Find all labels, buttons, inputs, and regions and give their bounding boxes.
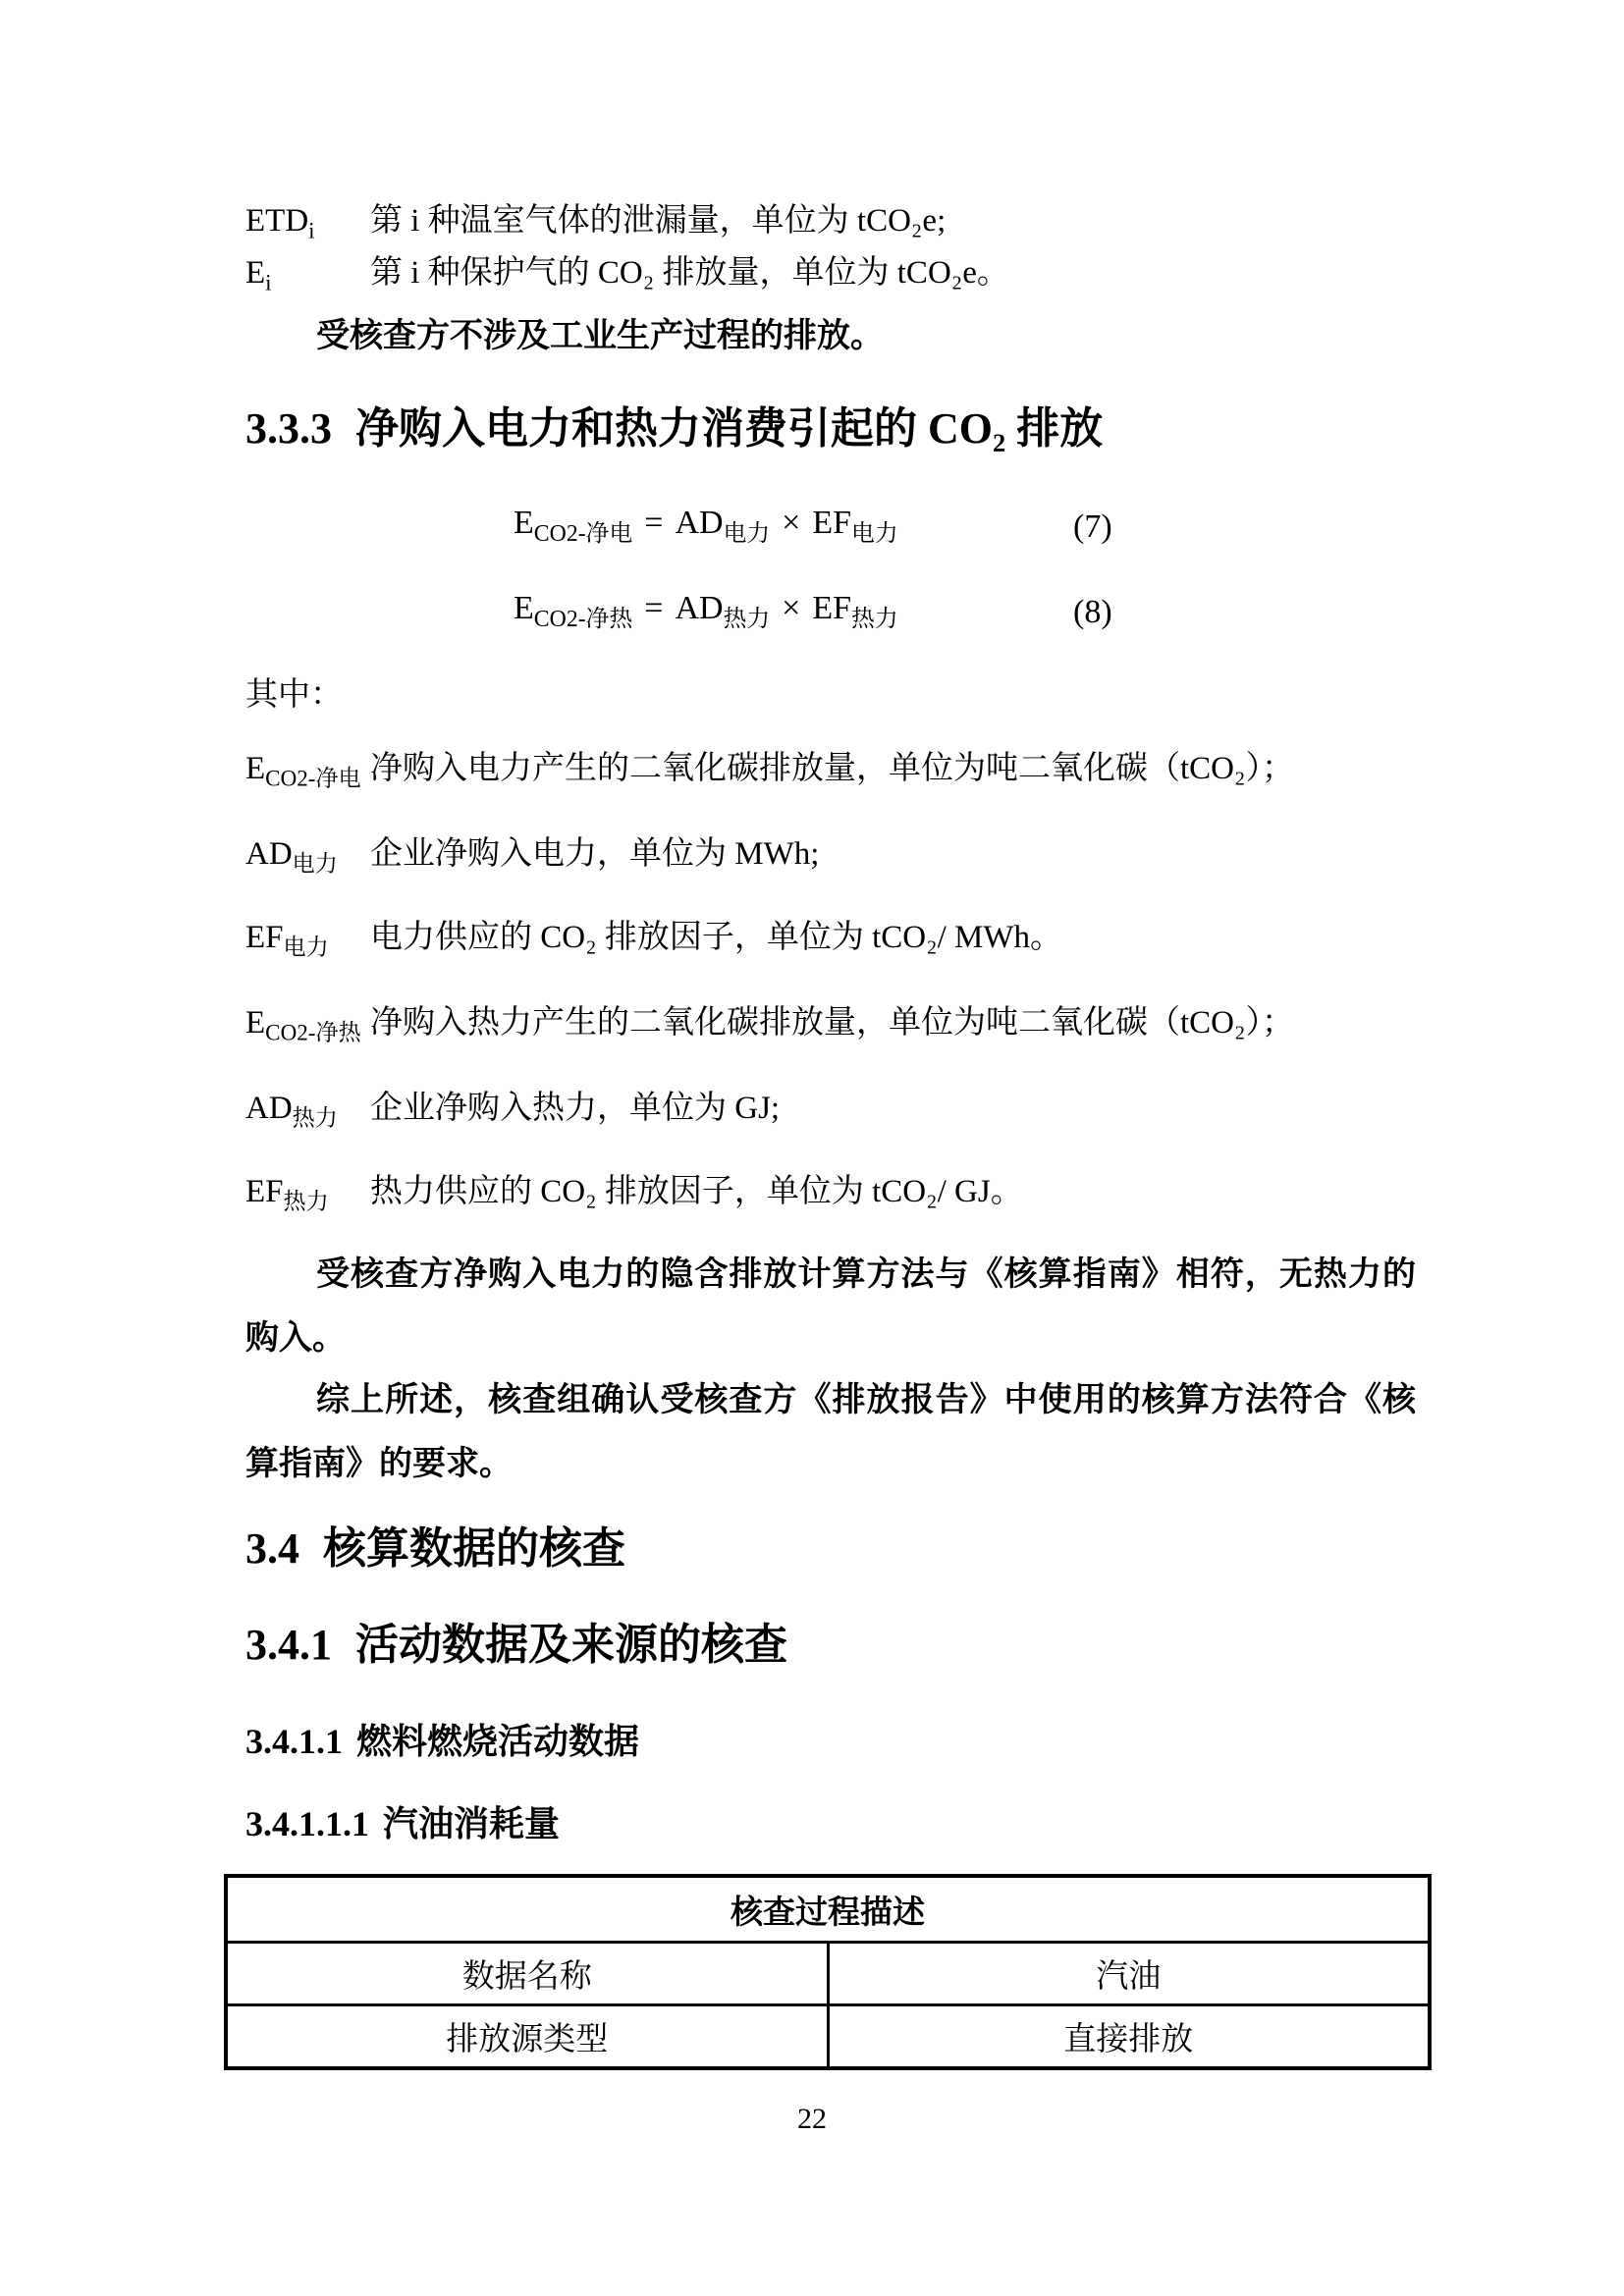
term-base: E: [245, 255, 265, 291]
variable-definition-row: ECO2-净热净购入热力产生的二氧化碳排放量，单位为吨二氧化碳（tCO₂）；: [245, 999, 1294, 1056]
variable-term: ECO2-净热: [245, 999, 370, 1056]
term-base: EF: [245, 920, 284, 955]
row-value: 汽油: [828, 1943, 1430, 2005]
table-title-row: 核查过程描述: [226, 1876, 1430, 1943]
formula-lhs-base: E: [514, 590, 534, 626]
variable-definition-row: AD电力企业净购入电力，单位为 MWh;: [245, 830, 819, 887]
multiply-sign: ×: [782, 505, 800, 541]
formula-7-expression: ECO2-净电=AD电力×EF电力: [514, 505, 898, 548]
formula-7-number: (7): [1073, 508, 1112, 546]
definition-text: 净购入电力产生的二氧化碳排放量，单位为吨二氧化碳（tCO₂）；: [370, 751, 1294, 786]
section-number: 3.4.1: [245, 1621, 332, 1669]
section-heading-3-4-1: 3.4.1活动数据及来源的核查: [245, 1618, 787, 1673]
document-page: ETDi第 i 种温室气体的泄漏量，单位为 tCO₂e; Ei第 i 种保护气的…: [0, 0, 1624, 2296]
table-row: 数据名称 汽油: [226, 1943, 1430, 2005]
formula-term1-base: AD: [675, 590, 723, 626]
where-label: 其中：: [245, 671, 343, 719]
term-subscript: i: [265, 270, 271, 295]
page-number: 22: [0, 2103, 1624, 2136]
variable-term: AD电力: [245, 830, 370, 887]
section-number: 3.4: [245, 1524, 299, 1573]
formula-lhs-subscript: CO2-净电: [534, 521, 632, 547]
term-subscript: i: [308, 218, 314, 243]
ghg-definition-row-ei: Ei第 i 种保护气的 CO₂ 排放量，单位为 tCO₂e。: [245, 249, 1009, 306]
paragraph-electricity-method: 受核查方净购入电力的隐含排放计算方法与《核算指南》相符，无热力的购入。: [245, 1243, 1416, 1370]
section-heading-3-4-1-1: 3.4.1.1燃料燃烧活动数据: [245, 1718, 639, 1765]
definition-text: 第 i 种保护气的 CO₂ 排放量，单位为 tCO₂e。: [370, 255, 1009, 291]
term-base: AD: [245, 836, 293, 872]
section-heading-3-4-1-1-1: 3.4.1.1.1汽油消耗量: [245, 1800, 560, 1847]
variable-definition-row: EF热力热力供应的 CO₂ 排放因子，单位为 tCO₂/ GJ。: [245, 1168, 1023, 1225]
term-subscript: 热力: [293, 1105, 338, 1131]
variable-definition-row: ECO2-净电净购入电力产生的二氧化碳排放量，单位为吨二氧化碳（tCO₂）；: [245, 745, 1294, 802]
definition-text: 电力供应的 CO₂ 排放因子，单位为 tCO₂/ MWh。: [370, 920, 1062, 955]
term-subscript: 热力: [284, 1189, 329, 1214]
paragraph-no-industrial-process: 受核查方不涉及工业生产过程的排放。: [245, 304, 1416, 368]
section-title: 汽油消耗量: [383, 1804, 560, 1843]
formula-8-row: ECO2-净热=AD热力×EF热力 (8): [0, 590, 1624, 655]
definition-text: 热力供应的 CO₂ 排放因子，单位为 tCO₂/ GJ。: [370, 1174, 1023, 1209]
formula-term2-base: EF: [812, 590, 851, 626]
section-title: 燃料燃烧活动数据: [356, 1722, 639, 1761]
definition-text: 净购入热力产生的二氧化碳排放量，单位为吨二氧化碳（tCO₂）；: [370, 1005, 1294, 1041]
term-subscript: 电力: [293, 851, 338, 877]
section-title: 净购入电力和热力消费引起的 CO₂ 排放: [355, 404, 1103, 453]
term-subscript: CO2-净电: [265, 766, 361, 791]
formula-8-number: (8): [1073, 594, 1112, 631]
section-heading-3-3-3: 3.3.3净购入电力和热力消费引起的 CO₂ 排放: [245, 401, 1103, 456]
multiply-sign: ×: [782, 590, 800, 626]
formula-8-expression: ECO2-净热=AD热力×EF热力: [514, 590, 898, 633]
ghg-definition-row-etd: ETDi第 i 种温室气体的泄漏量，单位为 tCO₂e;: [245, 197, 946, 254]
table-title: 核查过程描述: [226, 1876, 1430, 1943]
variable-definition-row: AD热力企业净购入热力，单位为 GJ;: [245, 1085, 780, 1142]
formula-term2-subscript: 热力: [851, 607, 898, 632]
verification-process-table: 核查过程描述 数据名称 汽油 排放源类型 直接排放: [224, 1874, 1432, 2070]
definition-text: 第 i 种温室气体的泄漏量，单位为 tCO₂e;: [370, 203, 946, 239]
term-subscript: CO2-净热: [265, 1020, 361, 1045]
definition-text: 企业净购入热力，单位为 GJ;: [370, 1091, 780, 1126]
formula-term1-subscript: 电力: [724, 521, 771, 547]
section-title: 核算数据的核查: [323, 1524, 625, 1573]
variable-definition-row: EF电力电力供应的 CO₂ 排放因子，单位为 tCO₂/ MWh。: [245, 914, 1062, 971]
variable-term: ETDi: [245, 197, 370, 254]
formula-term2-base: EF: [812, 505, 851, 541]
term-base: E: [245, 751, 265, 786]
formula-lhs-subscript: CO2-净热: [534, 607, 632, 632]
variable-term: AD热力: [245, 1085, 370, 1142]
formula-lhs-base: E: [514, 505, 534, 541]
equals-sign: =: [644, 505, 663, 541]
definition-text: 企业净购入电力，单位为 MWh;: [370, 836, 819, 872]
row-value: 直接排放: [828, 2005, 1430, 2069]
variable-term: ECO2-净电: [245, 745, 370, 802]
term-base: E: [245, 1005, 265, 1041]
section-number: 3.3.3: [245, 404, 332, 453]
variable-term: Ei: [245, 249, 370, 306]
variable-term: EF电力: [245, 914, 370, 971]
section-heading-3-4: 3.4核算数据的核查: [245, 1522, 625, 1576]
paragraph-summary: 综上所述，核查组确认受核查方《排放报告》中使用的核算方法符合《核算指南》的要求。: [245, 1368, 1416, 1496]
variable-term: EF热力: [245, 1168, 370, 1225]
formula-7-row: ECO2-净电=AD电力×EF电力 (7): [0, 505, 1624, 569]
formula-term1-subscript: 热力: [724, 607, 771, 632]
term-base: EF: [245, 1174, 284, 1209]
term-base: ETD: [245, 203, 308, 239]
term-base: AD: [245, 1091, 293, 1126]
formula-term1-base: AD: [675, 505, 723, 541]
term-subscript: 电力: [284, 934, 329, 960]
row-label: 数据名称: [226, 1943, 828, 2005]
formula-term2-subscript: 电力: [851, 521, 898, 547]
row-label: 排放源类型: [226, 2005, 828, 2069]
section-title: 活动数据及来源的核查: [355, 1621, 787, 1669]
section-number: 3.4.1.1.1: [245, 1804, 369, 1843]
equals-sign: =: [644, 590, 663, 626]
section-number: 3.4.1.1: [245, 1722, 343, 1761]
table-row: 排放源类型 直接排放: [226, 2005, 1430, 2069]
